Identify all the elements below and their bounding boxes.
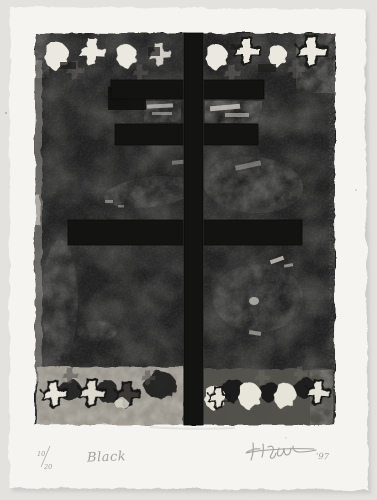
paper-speck	[355, 189, 357, 191]
ink-speck	[118, 205, 124, 208]
ink-streak	[60, 62, 76, 69]
artwork-photo: 10 20 Black '97	[0, 0, 377, 500]
texture-patch	[42, 240, 78, 360]
title-inscription: Black	[86, 449, 127, 465]
ink-speck	[249, 297, 259, 305]
ink-streak	[152, 112, 172, 115]
paper-speck	[5, 112, 7, 114]
ink-streak	[148, 47, 160, 56]
print-plate	[35, 33, 335, 429]
texture-patch	[213, 264, 303, 332]
right-edge-speckle	[329, 40, 335, 420]
signature-date: '97	[316, 452, 330, 463]
edition-denominator: 20	[43, 463, 52, 471]
vertical-bar	[184, 33, 203, 425]
ink-streak	[230, 44, 240, 50]
artwork-scan: 10 20 Black '97	[0, 0, 377, 500]
ink-speck	[105, 200, 113, 203]
paper-speck	[285, 437, 286, 438]
edition-numerator: 10	[37, 450, 45, 458]
ink-streak	[258, 64, 276, 72]
texture-patch	[77, 321, 117, 341]
ink-speck	[114, 398, 128, 408]
ink-streak	[225, 113, 249, 117]
left-edge-highlight	[35, 195, 40, 225]
